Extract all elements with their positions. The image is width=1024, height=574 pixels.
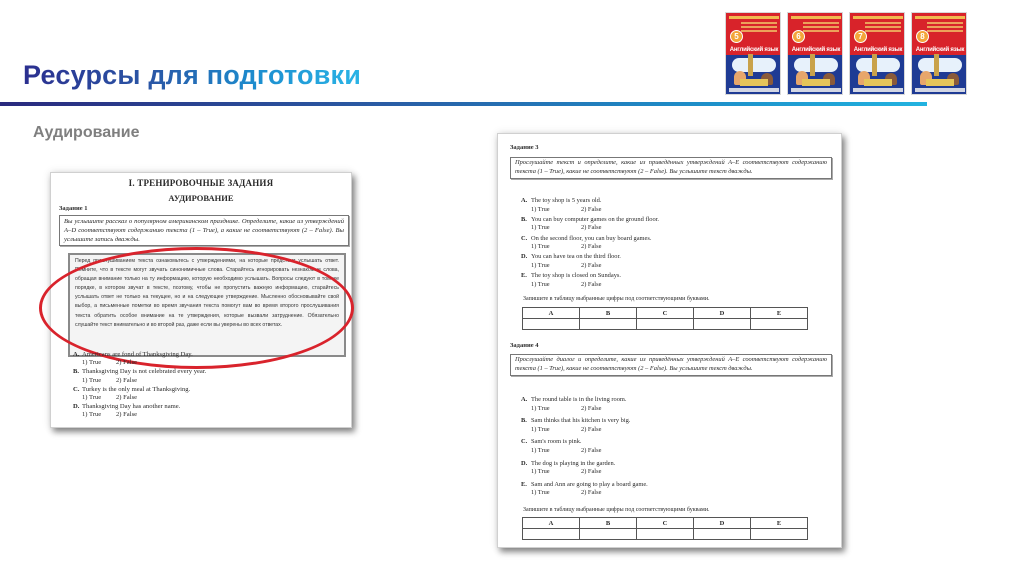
task3-label: Задание 3 (510, 144, 538, 151)
option-false: 2) False (116, 411, 150, 419)
item-letter: E. (521, 272, 531, 281)
big-ben-icon (810, 54, 815, 76)
option-true: 1) True (531, 224, 581, 233)
book-cover: 5Английский язык (725, 12, 781, 95)
question-item: D.The dog is playing in the garden.1) Tr… (521, 460, 648, 477)
question-item: A.The toy shop is 5 years old.1) True2) … (521, 197, 659, 214)
answer-cell (694, 319, 751, 330)
option-false: 2) False (581, 405, 631, 414)
option-true: 1) True (531, 489, 581, 498)
answer-column-header: B (580, 308, 637, 319)
item-letter: C. (73, 386, 82, 394)
task3-write-prompt: Запишите в таблицу выбранные цифры под с… (523, 296, 710, 302)
section-label: Аудирование (33, 124, 140, 142)
task4-write-prompt: Запишите в таблицу выбранные цифры под с… (523, 507, 710, 513)
option-true: 1) True (82, 377, 116, 385)
question-item: B.Thanksgiving Day is not celebrated eve… (73, 368, 206, 384)
item-letter: D. (521, 460, 531, 469)
item-letter: A. (521, 197, 531, 206)
question-item: B.Sam thinks that his kitchen is very bi… (521, 417, 648, 434)
item-statement: The dog is playing in the garden. (531, 460, 615, 467)
listening-worksheet-left: I. ТРЕНИРОВОЧНЫЕ ЗАДАНИЯ АУДИРОВАНИЕ Зад… (50, 172, 352, 428)
answer-column-header: C (637, 308, 694, 319)
book-cover: 8Английский язык (911, 12, 967, 95)
task4-questions: A.The round table is in the living room.… (521, 396, 648, 502)
answer-column-header: C (637, 518, 694, 529)
grade-badge: 5 (730, 30, 743, 43)
answer-column-header: A (523, 518, 580, 529)
item-statement: Sam's room is pink. (531, 438, 582, 445)
option-false: 2) False (116, 394, 150, 402)
book-covers: 5Английский язык6Английский язык7Английс… (725, 12, 967, 95)
worksheet-heading: I. ТРЕНИРОВОЧНЫЕ ЗАДАНИЯ (51, 178, 351, 188)
book-subject: Английский язык (790, 47, 842, 54)
item-letter: D. (73, 403, 82, 411)
option-true: 1) True (531, 243, 581, 252)
item-letter: C. (521, 235, 531, 244)
item-statement: Thanksgiving Day is not celebrated every… (82, 368, 206, 375)
task4-answer-table: ABCDE (522, 517, 808, 540)
answer-column-header: B (580, 518, 637, 529)
question-item: C.Sam's room is pink.1) True2) False (521, 438, 648, 455)
item-statement: Sam thinks that his kitchen is very big. (531, 417, 630, 424)
question-item: D.Thanksgiving Day has another name.1) T… (73, 403, 206, 419)
item-letter: A. (73, 351, 82, 359)
answer-column-header: D (694, 518, 751, 529)
answer-cell (580, 529, 637, 540)
item-letter: B. (521, 417, 531, 426)
question-item: C.On the second floor, you can buy board… (521, 235, 659, 252)
big-ben-icon (872, 54, 877, 76)
item-statement: On the second floor, you can buy board g… (531, 235, 651, 242)
worksheet-subheading: АУДИРОВАНИЕ (51, 193, 351, 203)
task-instruction: Вы услышите рассказ о популярном америка… (59, 215, 349, 246)
question-item: E.The toy shop is closed on Sundays.1) T… (521, 272, 659, 289)
item-statement: The round table is in the living room. (531, 396, 627, 403)
option-true: 1) True (82, 394, 116, 402)
item-letter: E. (521, 481, 531, 490)
item-statement: Americans are fond of Thanksgiving Day. (82, 351, 193, 358)
book-subject: Английский язык (914, 47, 966, 54)
answer-column-header: D (694, 308, 751, 319)
item-statement: Thanksgiving Day has another name. (82, 403, 180, 410)
answer-column-header: A (523, 308, 580, 319)
option-false: 2) False (116, 359, 150, 367)
answer-cell (523, 319, 580, 330)
option-true: 1) True (531, 262, 581, 271)
answer-cell (751, 529, 808, 540)
item-letter: C. (521, 438, 531, 447)
option-false: 2) False (581, 447, 631, 456)
grade-badge: 6 (792, 30, 805, 43)
task3-questions: A.The toy shop is 5 years old.1) True2) … (521, 197, 659, 291)
question-item: B.You can buy computer games on the grou… (521, 216, 659, 233)
answer-cell (523, 529, 580, 540)
book-cover: 7Английский язык (849, 12, 905, 95)
item-letter: B. (521, 216, 531, 225)
item-letter: B. (73, 368, 82, 376)
answer-cell (580, 319, 637, 330)
task3-answer-table: ABCDE (522, 307, 808, 330)
item-statement: The toy shop is closed on Sundays. (531, 272, 621, 279)
answer-column-header: E (751, 308, 808, 319)
option-false: 2) False (116, 377, 150, 385)
slide-title: Ресурсы для подготовки (23, 60, 361, 91)
option-true: 1) True (531, 206, 581, 215)
option-false: 2) False (581, 206, 631, 215)
question-item: D.You can have tea on the third floor.1)… (521, 253, 659, 270)
option-true: 1) True (531, 281, 581, 290)
item-letter: D. (521, 253, 531, 262)
task4-label: Задание 4 (510, 342, 538, 349)
item-letter: A. (521, 396, 531, 405)
item-statement: Sam and Ann are going to play a board ga… (531, 481, 648, 488)
option-false: 2) False (581, 262, 631, 271)
option-false: 2) False (581, 224, 631, 233)
question-item: A.The round table is in the living room.… (521, 396, 648, 413)
question-item: E.Sam and Ann are going to play a board … (521, 481, 648, 498)
option-true: 1) True (82, 411, 116, 419)
answer-cell (751, 319, 808, 330)
answer-cell (637, 319, 694, 330)
question-item: A.Americans are fond of Thanksgiving Day… (73, 351, 206, 367)
answer-column-header: E (751, 518, 808, 529)
grade-badge: 7 (854, 30, 867, 43)
big-ben-icon (748, 54, 753, 76)
option-false: 2) False (581, 243, 631, 252)
item-statement: The toy shop is 5 years old. (531, 197, 601, 204)
answer-cell (637, 529, 694, 540)
item-statement: You can have tea on the third floor. (531, 253, 621, 260)
task-label: Задание 1 (59, 205, 87, 212)
task3-instruction: Прослушайте текст и определите, какие из… (510, 157, 832, 179)
option-true: 1) True (531, 447, 581, 456)
option-true: 1) True (531, 468, 581, 477)
question-list: A.Americans are fond of Thanksgiving Day… (73, 351, 206, 421)
book-subject: Английский язык (728, 47, 780, 54)
option-false: 2) False (581, 468, 631, 477)
task4-instruction: Прослушайте диалог и определите, какие и… (510, 354, 832, 376)
option-false: 2) False (581, 281, 631, 290)
question-item: C.Turkey is the only meal at Thanksgivin… (73, 386, 206, 402)
answer-cell (694, 529, 751, 540)
book-subject: Английский язык (852, 47, 904, 54)
option-true: 1) True (531, 426, 581, 435)
item-statement: Turkey is the only meal at Thanksgiving. (82, 386, 190, 393)
option-true: 1) True (82, 359, 116, 367)
book-cover: 6Английский язык (787, 12, 843, 95)
option-false: 2) False (581, 426, 631, 435)
big-ben-icon (934, 54, 939, 76)
option-true: 1) True (531, 405, 581, 414)
item-statement: You can buy computer games on the ground… (531, 216, 659, 223)
title-divider (0, 102, 927, 106)
grade-badge: 8 (916, 30, 929, 43)
listening-worksheet-right: Задание 3 Прослушайте текст и определите… (497, 133, 842, 548)
option-false: 2) False (581, 489, 631, 498)
